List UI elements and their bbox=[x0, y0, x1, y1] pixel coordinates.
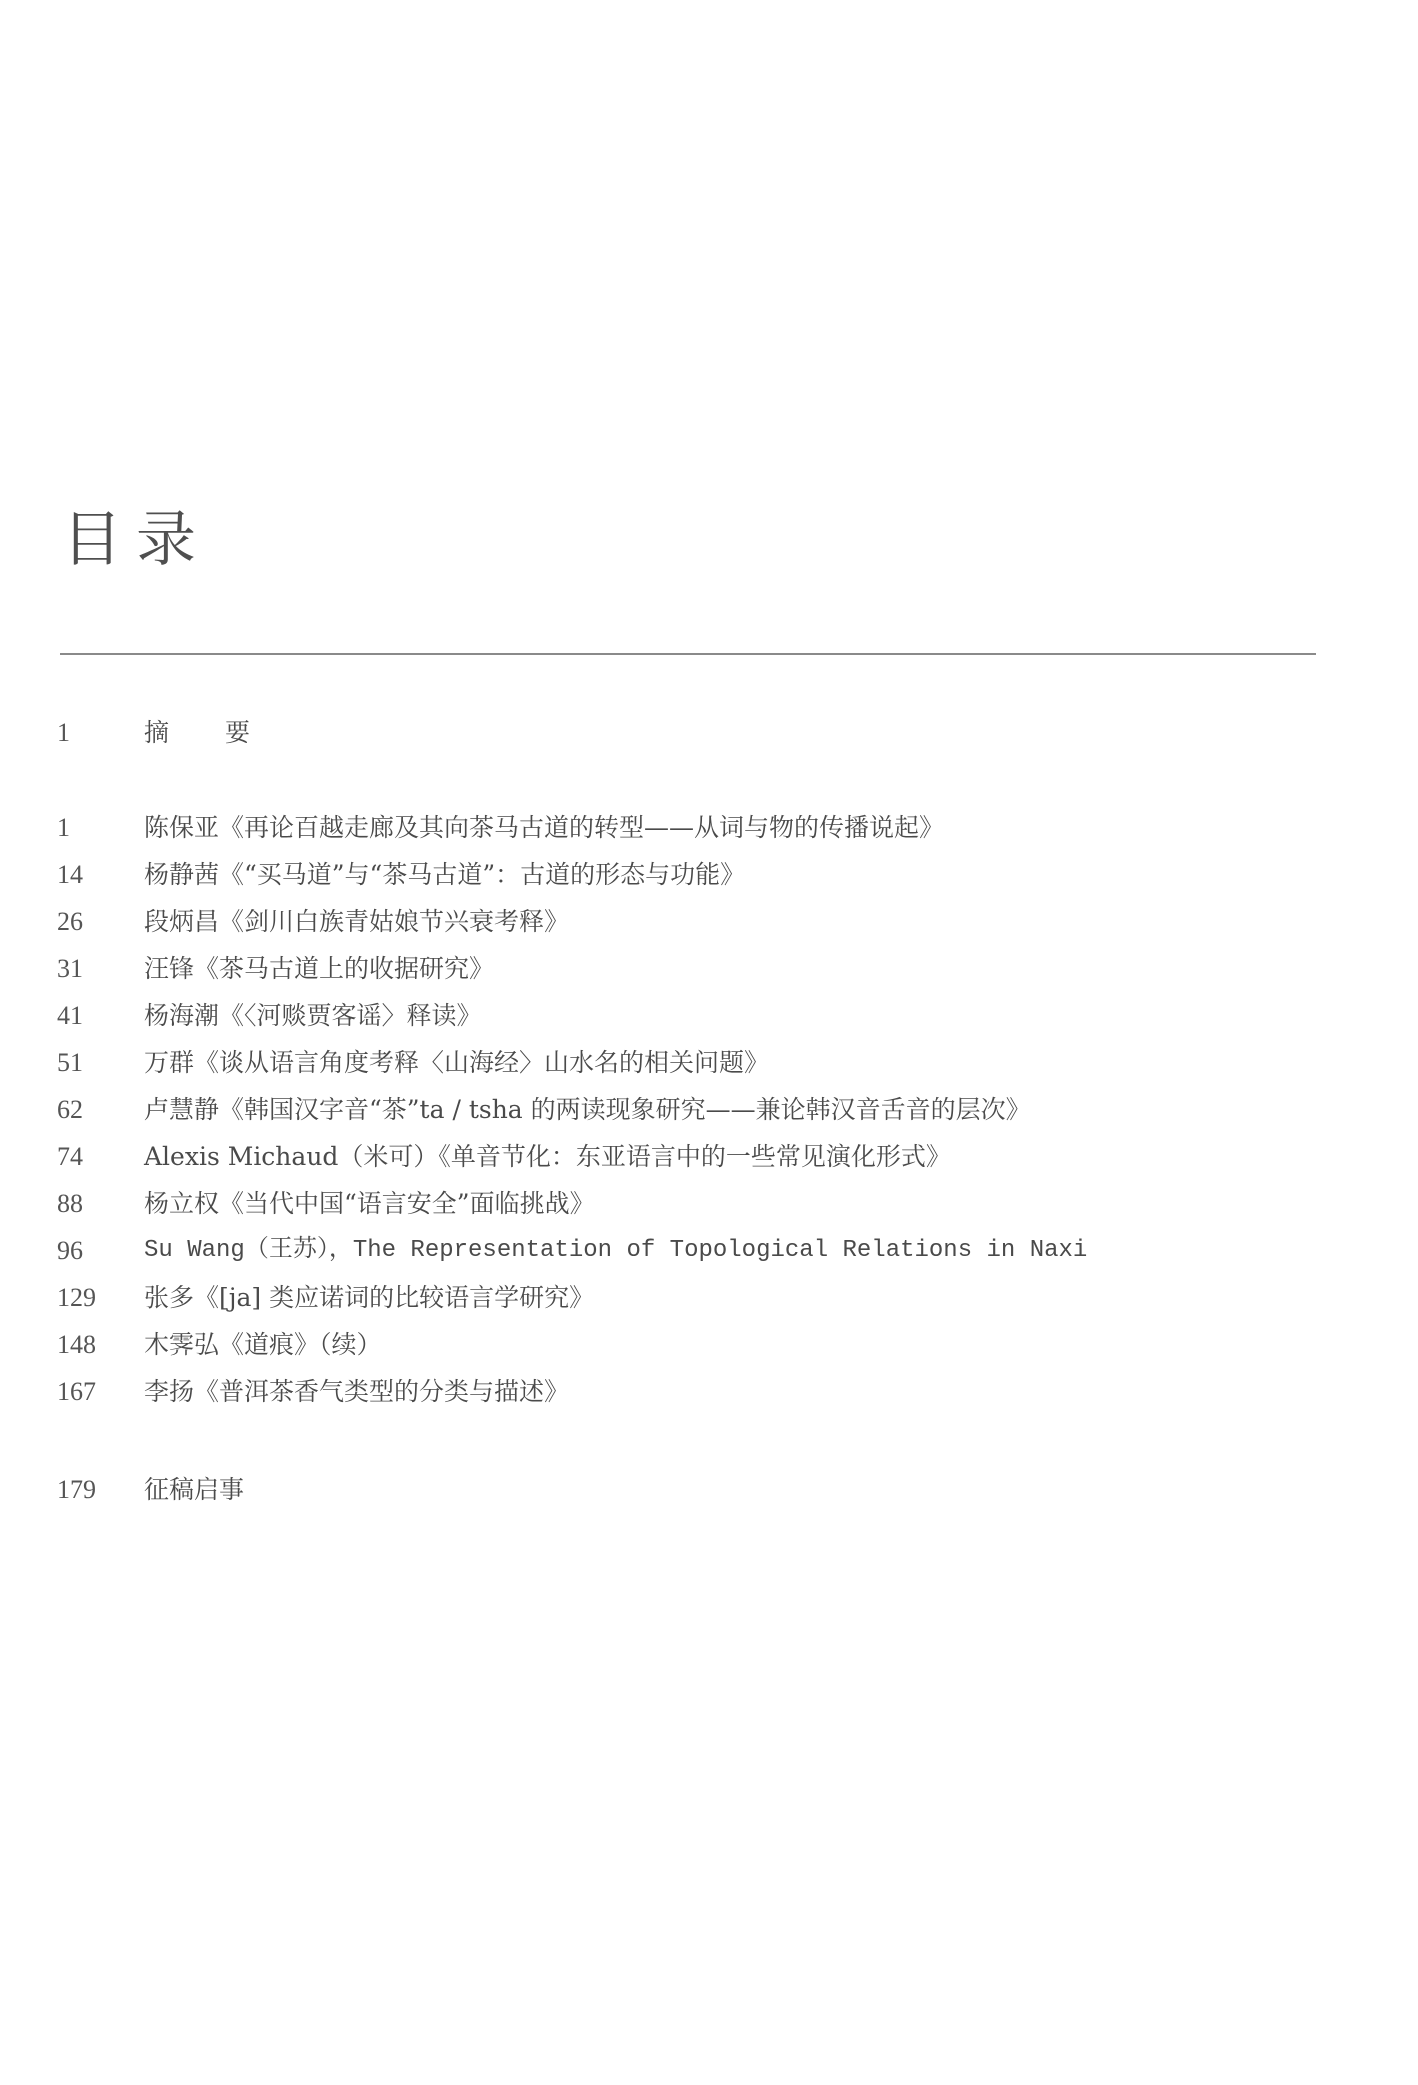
page-number: 167 bbox=[57, 1372, 96, 1412]
toc-entry[interactable]: 41 杨海潮《〈河赕贾客谣〉释读》 bbox=[0, 996, 1418, 1036]
entry-title: 摘 要 bbox=[144, 713, 274, 753]
entry-title: 杨静茜《“买马道”与“茶马古道”：古道的形态与功能》 bbox=[144, 855, 745, 895]
toc-entry[interactable]: 26 段炳昌《剑川白族青姑娘节兴衰考释》 bbox=[0, 902, 1418, 942]
page-number: 1 bbox=[57, 713, 70, 753]
toc-entry[interactable]: 1 陈保亚《再论百越走廊及其向茶马古道的转型——从词与物的传播说起》 bbox=[0, 808, 1418, 848]
toc-entry-summary[interactable]: 1 摘 要 bbox=[0, 713, 1418, 753]
entry-title: 征稿启事 bbox=[144, 1470, 244, 1510]
entry-title: 张多《[ja] 类应诺词的比较语言学研究》 bbox=[144, 1278, 594, 1318]
entry-title: 汪锋《茶马古道上的收据研究》 bbox=[144, 949, 494, 989]
page-number: 179 bbox=[57, 1470, 96, 1510]
entry-title: 杨立权《当代中国“语言安全”面临挑战》 bbox=[144, 1184, 595, 1224]
page-number: 96 bbox=[57, 1231, 83, 1271]
entry-title: 段炳昌《剑川白族青姑娘节兴衰考释》 bbox=[144, 902, 569, 942]
toc-entry[interactable]: 167 李扬《普洱茶香气类型的分类与描述》 bbox=[0, 1372, 1418, 1412]
toc-entry[interactable]: 96 Su Wang（王苏），The Representation of Top… bbox=[0, 1231, 1418, 1271]
toc-entry[interactable]: 62 卢慧静《韩国汉字音“茶”ta / tsha 的两读现象研究——兼论韩汉音舌… bbox=[0, 1090, 1418, 1130]
entry-title: Su Wang（王苏），The Representation of Topolo… bbox=[144, 1231, 1087, 1271]
entry-title: 木霁弘《道痕》（续） bbox=[144, 1325, 382, 1365]
entry-title: 万群《谈从语言角度考释〈山海经〉山水名的相关问题》 bbox=[144, 1043, 769, 1083]
entry-title: 杨海潮《〈河赕贾客谣〉释读》 bbox=[144, 996, 482, 1036]
page-number: 14 bbox=[57, 855, 83, 895]
toc-entry[interactable]: 14 杨静茜《“买马道”与“茶马古道”：古道的形态与功能》 bbox=[0, 855, 1418, 895]
toc-entry[interactable]: 31 汪锋《茶马古道上的收据研究》 bbox=[0, 949, 1418, 989]
page-number: 31 bbox=[57, 949, 83, 989]
page-number: 129 bbox=[57, 1278, 96, 1318]
toc-entry[interactable]: 129 张多《[ja] 类应诺词的比较语言学研究》 bbox=[0, 1278, 1418, 1318]
entry-title: Alexis Michaud（米可）《单音节化：东亚语言中的一些常见演化形式》 bbox=[144, 1137, 951, 1177]
page-number: 62 bbox=[57, 1090, 83, 1130]
toc-entry[interactable]: 148 木霁弘《道痕》（续） bbox=[0, 1325, 1418, 1365]
toc-entry[interactable]: 51 万群《谈从语言角度考释〈山海经〉山水名的相关问题》 bbox=[0, 1043, 1418, 1083]
page-number: 1 bbox=[57, 808, 70, 848]
page-number: 26 bbox=[57, 902, 83, 942]
title-divider bbox=[60, 653, 1316, 655]
toc-entry[interactable]: 74 Alexis Michaud（米可）《单音节化：东亚语言中的一些常见演化形… bbox=[0, 1137, 1418, 1177]
page-number: 51 bbox=[57, 1043, 83, 1083]
entry-title: 卢慧静《韩国汉字音“茶”ta / tsha 的两读现象研究——兼论韩汉音舌音的层… bbox=[144, 1090, 1031, 1130]
page-number: 41 bbox=[57, 996, 83, 1036]
page-number: 88 bbox=[57, 1184, 83, 1224]
page-number: 148 bbox=[57, 1325, 96, 1365]
entry-title: 李扬《普洱茶香气类型的分类与描述》 bbox=[144, 1372, 569, 1412]
page-title: 目录 bbox=[62, 500, 210, 580]
entry-title: 陈保亚《再论百越走廊及其向茶马古道的转型——从词与物的传播说起》 bbox=[144, 808, 944, 848]
toc-entry[interactable]: 88 杨立权《当代中国“语言安全”面临挑战》 bbox=[0, 1184, 1418, 1224]
page-number: 74 bbox=[57, 1137, 83, 1177]
toc-entry-call-for-papers[interactable]: 179 征稿启事 bbox=[0, 1470, 1418, 1510]
